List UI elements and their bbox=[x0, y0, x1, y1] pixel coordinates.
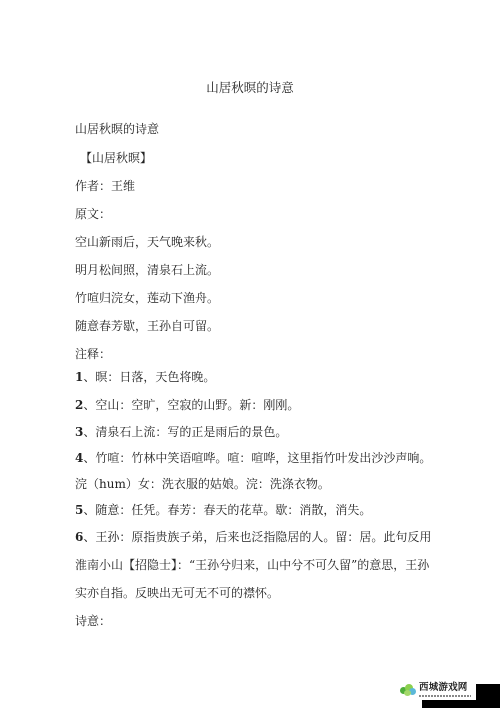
text-line: 竹喧归浣女，莲动下渔舟。 bbox=[75, 290, 219, 306]
annotation-item: 4、竹喧：竹林中笑语喧哗。喧：喧哗，这里指竹叶发出沙沙声响。 bbox=[75, 450, 431, 466]
line-text: 、随意：任凭。春芳：春天的花草。歇：消散，消失。 bbox=[83, 503, 371, 517]
text-line: 原文： bbox=[75, 206, 111, 222]
text-line: 空山新雨后，天气晚来秋。 bbox=[75, 234, 219, 250]
line-text: 、空山：空旷，空寂的山野。新：刚刚。 bbox=[83, 398, 299, 412]
line-text: 随意春芳歇，王孙自可留。 bbox=[75, 319, 219, 333]
annotation-item: 5、随意：任凭。春芳：春天的花草。歇：消散，消失。 bbox=[75, 502, 371, 518]
line-text: 竹喧归浣女，莲动下渔舟。 bbox=[75, 291, 219, 305]
line-text: 、竹喧：竹林中笑语喧哗。喧：喧哗，这里指竹叶发出沙沙声响。 bbox=[83, 451, 431, 465]
text-line: 明月松间照，清泉石上流。 bbox=[75, 262, 219, 278]
site-watermark: 西城游戏网 bbox=[398, 680, 500, 708]
annotation-item: 6、王孙：原指贵族子弟，后来也泛指隐居的人。留：居。此句反用 bbox=[75, 529, 431, 545]
annotation-item: 3、清泉石上流：写的正是雨后的景色。 bbox=[75, 424, 287, 440]
text-line: 【山居秋暝】 bbox=[80, 150, 152, 166]
line-text: 、王孙：原指贵族子弟，后来也泛指隐居的人。留：居。此句反用 bbox=[83, 530, 431, 544]
text-line: 随意春芳歇，王孙自可留。 bbox=[75, 318, 219, 334]
text-line: 淮南小山【招隐士】：“王孙兮归来，山中兮不可久留”的意思，王孙 bbox=[75, 557, 429, 573]
line-text: 明月松间照，清泉石上流。 bbox=[75, 263, 219, 277]
watermark-site-name: 西城游戏网 bbox=[419, 683, 471, 693]
page-title: 山居秋暝的诗意 bbox=[0, 80, 500, 96]
watermark-card: 西城游戏网 bbox=[398, 680, 476, 700]
line-text: 浣（hum）女：洗衣服的姑娘。浣：洗涤衣物。 bbox=[75, 477, 330, 491]
watermark-subtitle-strip bbox=[419, 695, 471, 697]
line-text: 空山新雨后，天气晚来秋。 bbox=[75, 235, 219, 249]
line-text: 山居秋暝的诗意 bbox=[75, 122, 159, 136]
annotation-item: 1、暝：日落，天色将晚。 bbox=[75, 369, 215, 385]
leaf-cluster-logo-icon bbox=[400, 683, 416, 697]
text-line: 实亦自指。反映出无可无不可的襟怀。 bbox=[75, 585, 279, 601]
text-line: 山居秋暝的诗意 bbox=[75, 121, 159, 137]
line-text: 原文： bbox=[75, 207, 111, 221]
line-text: 、暝：日落，天色将晚。 bbox=[83, 370, 215, 384]
line-text: 注释： bbox=[75, 347, 111, 361]
line-text: 作者：王维 bbox=[75, 179, 135, 193]
text-line: 注释： bbox=[75, 346, 111, 362]
line-text: 【山居秋暝】 bbox=[80, 151, 152, 165]
line-text: 淮南小山【招隐士】：“王孙兮归来，山中兮不可久留”的意思，王孙 bbox=[75, 558, 429, 572]
line-text: 实亦自指。反映出无可无不可的襟怀。 bbox=[75, 586, 279, 600]
annotation-item: 2、空山：空旷，空寂的山野。新：刚刚。 bbox=[75, 397, 299, 413]
text-line: 浣（hum）女：洗衣服的姑娘。浣：洗涤衣物。 bbox=[75, 476, 330, 492]
text-line: 诗意： bbox=[75, 613, 111, 629]
line-text: 、清泉石上流：写的正是雨后的景色。 bbox=[83, 425, 287, 439]
line-text: 诗意： bbox=[75, 614, 111, 628]
text-line: 作者：王维 bbox=[75, 178, 135, 194]
